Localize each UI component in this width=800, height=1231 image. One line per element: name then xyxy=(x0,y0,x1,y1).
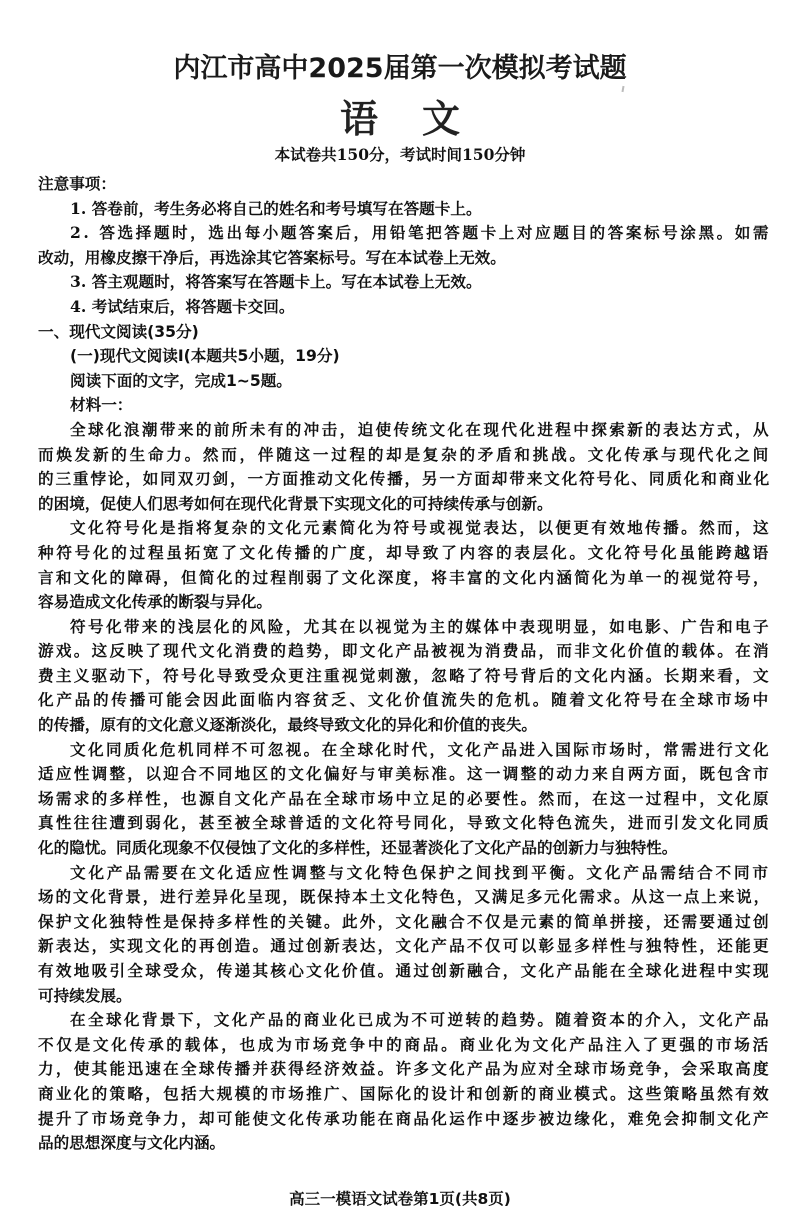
text-line: 符号化带来的浅层化的风险，尤其在以视觉为主的媒体中表现明显，如电影、广告和电子 xyxy=(38,615,771,640)
text-line: 言和文化的障碍，但简化的过程削弱了文化深度，将丰富的文化内涵简化为单一的视觉符号… xyxy=(38,566,771,591)
text-line: 提升了市场竞争力，却可能使文化传承功能在商品化运作中逐步被边缘化，难免会抑制文化… xyxy=(38,1107,771,1132)
text-line: 文化同质化危机同样不可忽视。在全球化时代，文化产品进入国际市场时，常需进行文化 xyxy=(38,738,771,763)
paragraph-3: 符号化带来的浅层化的风险，尤其在以视觉为主的媒体中表现明显，如电影、广告和电子 … xyxy=(38,615,771,738)
notice-item: 1. 答卷前，考生务必将自己的姓名和考号填写在答题卡上。 xyxy=(38,197,771,222)
notice-heading: 注意事项： xyxy=(38,172,771,197)
text-line: 场需求的多样性，也源自文化产品在全球市场中立足的必要性。然而，在这一过程中，文化… xyxy=(38,787,771,812)
instruction: 阅读下面的文字，完成1~5题。 xyxy=(38,369,771,394)
text-line: 可持续发展。 xyxy=(38,984,771,1009)
text-line: 种符号化的过程虽拓宽了文化传播的广度，却导致了内容的表层化。文化符号化虽能跨越语 xyxy=(38,541,771,566)
paragraph-6: 在全球化背景下，文化产品的商业化已成为不可逆转的趋势。随着资本的介入，文化产品 … xyxy=(38,1008,771,1156)
notice-item: 2. 答选择题时，选出每小题答案后，用铅笔把答题卡上对应题目的答案标号涂黑。如需 xyxy=(38,221,771,246)
text-line: 保护文化独特性是保持多样性的关键。此外，文化融合不仅是元素的简单拼接，还需要通过… xyxy=(38,910,771,935)
text-line: 容易造成文化传承的断裂与异化。 xyxy=(38,590,771,615)
text-line: 真性往往遭到弱化，甚至被全球普适的文化符号同化，导致文化特色流失，进而引发文化同… xyxy=(38,811,771,836)
text-line: 而焕发新的生命力。然而，伴随这一过程的却是复杂的矛盾和挑战。文化传承与现代化之间 xyxy=(38,443,771,468)
text-line: 化的隐忧。同质化现象不仅侵蚀了文化的多样性，还显著淡化了文化产品的创新力与独特性… xyxy=(38,836,771,861)
paragraph-1: 全球化浪潮带来的前所未有的冲击，迫使传统文化在现代化进程中探索新的表达方式，从 … xyxy=(38,418,771,516)
text-line: 力，使其能迅速在全球传播并获得经济效益。许多文化产品为应对全球市场竞争，会采取高… xyxy=(38,1057,771,1082)
text-line: 场的文化背景，进行差异化呈现，既保持本土文化特色，又满足多元化需求。从这一点上来… xyxy=(38,885,771,910)
text-line: 费主义驱动下，符号化导致受众更注重视觉刺激，忽略了符号背后的文化内涵。长期来看，… xyxy=(38,664,771,689)
text-line: 文化产品需要在文化适应性调整与文化特色保护之间找到平衡。文化产品需结合不同市 xyxy=(38,861,771,886)
exam-meta: 本试卷共150分，考试时间150分钟 xyxy=(0,143,800,165)
text-line: 全球化浪潮带来的前所未有的冲击，迫使传统文化在现代化进程中探索新的表达方式，从 xyxy=(38,418,771,443)
subject-char: 语 xyxy=(340,88,378,143)
text-line: 不仅是文化传承的载体，也成为市场竞争中的商品。商业化为文化产品注入了更强的市场活 xyxy=(38,1033,771,1058)
text-line: 商业化的策略，包括大规模的市场推广、国际化的设计和创新的商业模式。这些策略虽然有… xyxy=(38,1082,771,1107)
text-line: 品的思想深度与文化内涵。 xyxy=(38,1131,771,1156)
section-heading: 一、现代文阅读(35分) xyxy=(38,320,771,345)
text-line: 在全球化背景下，文化产品的商业化已成为不可逆转的趋势。随着资本的介入，文化产品 xyxy=(38,1008,771,1033)
notice-item-cont: 改动，用橡皮擦干净后，再选涂其它答案标号。写在本试卷上无效。 xyxy=(38,246,771,271)
text-line: 的三重悖论，如同双刃剑，一方面推动文化传播，另一方面却带来文化符号化、同质化和商… xyxy=(38,467,771,492)
text-line: 的困境，促使人们思考如何在现代化背景下实现文化的可持续传承与创新。 xyxy=(38,492,771,517)
material-label: 材料一： xyxy=(38,393,771,418)
exam-page: 内江市高中2025届第一次模拟考试题 语文 本试卷共150分，考试时间150分钟… xyxy=(0,0,800,1231)
text-line: 适应性调整，以迎合不同地区的文化偏好与审美标准。这一调整的动力来自两方面，既包含… xyxy=(38,762,771,787)
text-line: 游戏。这反映了现代文化消费的趋势，即文化产品被视为消费品，而非文化价值的载体。在… xyxy=(38,639,771,664)
paragraph-2: 文化符号化是指将复杂的文化元素简化为符号或视觉表达，以便更有效地传播。然而，这 … xyxy=(38,516,771,614)
text-line: 化产品的传播可能会因此面临内容贫乏、文化价值流失的危机。随着文化符号在全球市场中 xyxy=(38,688,771,713)
exam-title: 内江市高中2025届第一次模拟考试题 xyxy=(0,46,800,85)
text-line: 有效地吸引全球受众，传递其核心文化价值。通过创新融合，文化产品能在全球化进程中实… xyxy=(38,959,771,984)
subject-char: 文 xyxy=(422,88,460,143)
paragraph-5: 文化产品需要在文化适应性调整与文化特色保护之间找到平衡。文化产品需结合不同市 场… xyxy=(38,861,771,1009)
paragraph-4: 文化同质化危机同样不可忽视。在全球化时代，文化产品进入国际市场时，常需进行文化 … xyxy=(38,738,771,861)
notice-item: 3. 答主观题时，将答案写在答题卡上。写在本试卷上无效。 xyxy=(38,270,771,295)
subject-title: 语文 xyxy=(0,88,800,143)
text-line: 文化符号化是指将复杂的文化元素简化为符号或视觉表达，以便更有效地传播。然而，这 xyxy=(38,516,771,541)
sub-section-heading: (一)现代文阅读Ⅰ(本题共5小题，19分) xyxy=(38,344,771,369)
page-footer: 高三一模语文试卷第1页(共8页) xyxy=(0,1187,800,1209)
text-line: 新表达，实现文化的再创造。通过创新表达，文化产品不仅可以彰显多样性与独特性，还能… xyxy=(38,934,771,959)
notice-item: 4. 考试结束后，将答题卡交回。 xyxy=(38,295,771,320)
exam-body: 注意事项： 1. 答卷前，考生务必将自己的姓名和考号填写在答题卡上。 2. 答选… xyxy=(38,172,771,1156)
text-line: 的传播，原有的文化意义逐渐淡化，最终导致文化的异化和价值的丧失。 xyxy=(38,713,771,738)
